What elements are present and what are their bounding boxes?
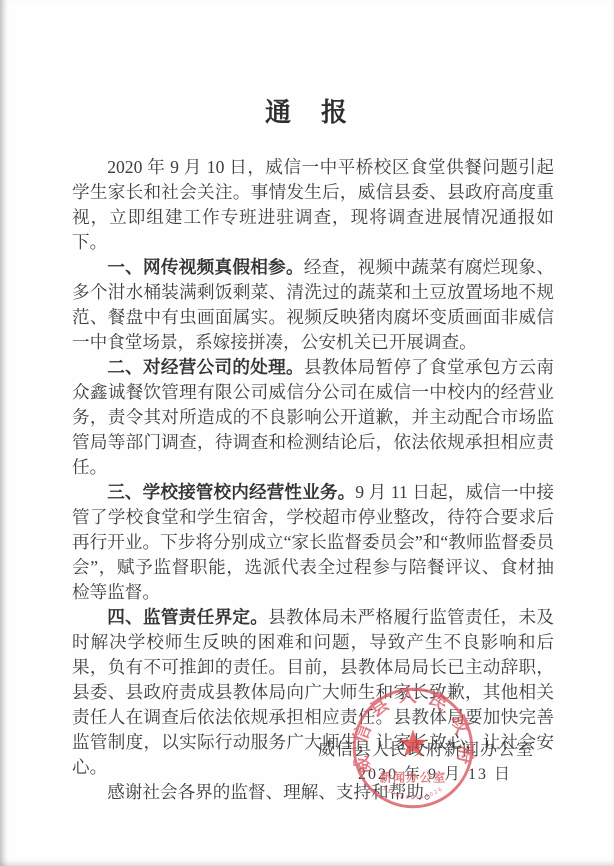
- paragraph-opening: 2020 年 9 月 10 日，威信一中平桥校区食堂供餐问题引起学生家长和社会关…: [72, 155, 554, 255]
- scanned-notice-page: 通 报 2020 年 9 月 10 日，威信一中平桥校区食堂供餐问题引起学生家长…: [0, 0, 614, 866]
- official-seal-stamp: 威信县人民政府 新闻办公室 5306000544026: [349, 684, 477, 812]
- paragraph-lead: 四、监管责任界定。: [107, 607, 268, 627]
- paragraph-point-1: 一、网传视频真假相参。经查，视频中蔬菜有腐烂现象、多个泔水桶装满剩饭剩菜、清洗过…: [72, 255, 554, 355]
- star-icon: [399, 729, 428, 756]
- seal-serial-number: 5306000544026: [381, 786, 445, 802]
- paragraph-lead: 二、对经营公司的处理。: [107, 357, 304, 377]
- paragraph-text: 2020 年 9 月 10 日，威信一中平桥校区食堂供餐问题引起学生家长和社会关…: [72, 157, 554, 252]
- paragraph-point-2: 二、对经营公司的处理。县教体局暂停了食堂承包方云南众鑫诚餐饮管理有限公司威信分公…: [72, 355, 554, 480]
- paragraph-point-3: 三、学校接管校内经营性业务。9 月 11 日起，威信一中接管了学校食堂和学生宿舍…: [72, 480, 554, 605]
- document-title: 通 报: [0, 92, 614, 129]
- document-body: 2020 年 9 月 10 日，威信一中平桥校区食堂供餐问题引起学生家长和社会关…: [72, 155, 554, 805]
- seal-center-text: 新闻办公室: [380, 770, 447, 785]
- paragraph-lead: 三、学校接管校内经营性业务。: [107, 482, 355, 502]
- paragraph-lead: 一、网传视频真假相参。: [107, 257, 304, 277]
